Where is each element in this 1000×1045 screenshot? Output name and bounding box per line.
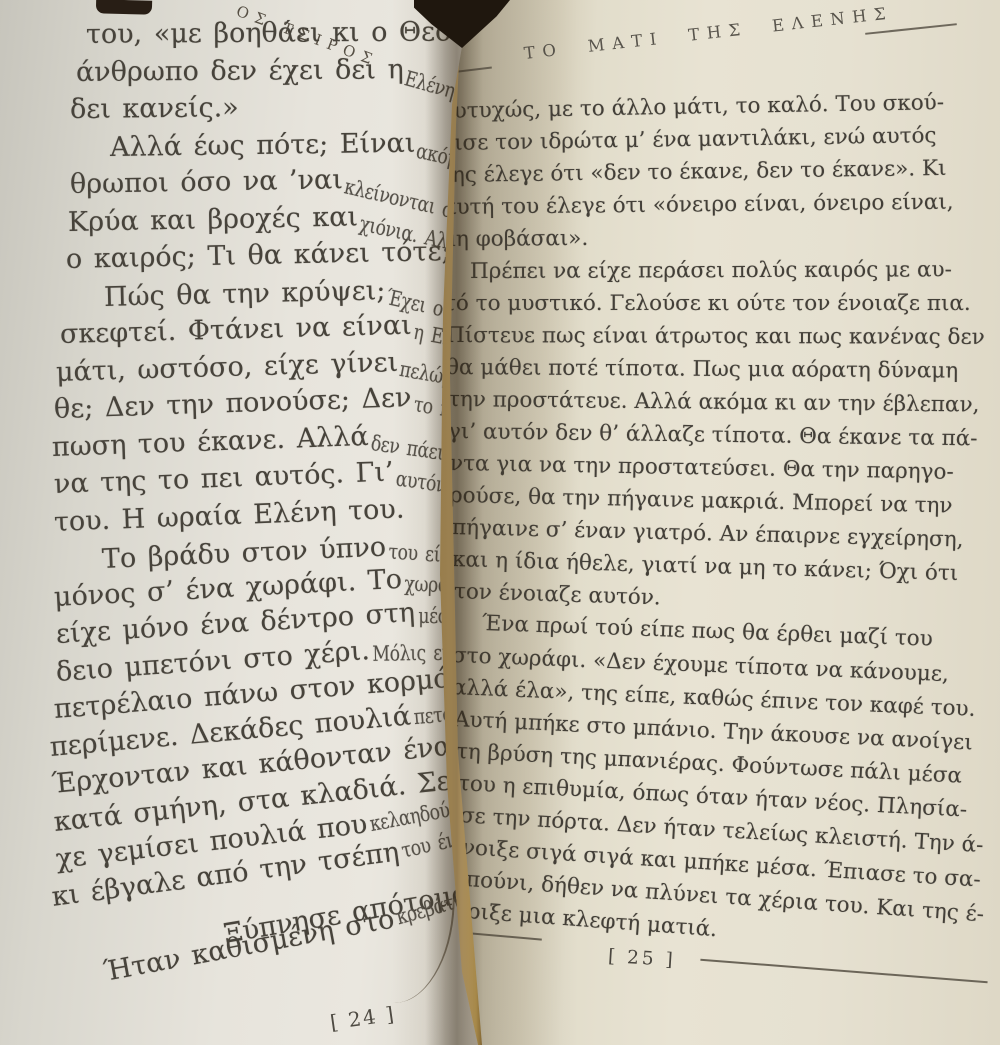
line-main: ο καιρός; Τι θα κάνει τότε; [66, 236, 451, 275]
text-line: άνθρωπο δεν έχει δει ηΕλένη, κ [76, 49, 482, 91]
text-line: Πίστευε πως είναι άτρωτος και πως κανένα… [446, 320, 997, 354]
line-main: Αλλά έως πότε; Είναι [110, 127, 416, 162]
line-main: θρωποι όσο να ’ναι [70, 164, 343, 200]
text-line: αυτή του έλεγε ότι «όνειρο είναι, όνειρο… [442, 186, 997, 224]
right-page-text: Ευτυχώς, με το άλλο μάτι, το καλό. Του σ… [452, 96, 997, 928]
line-main: του, «με βοηθάει κι ο Θεός. [86, 16, 475, 50]
line-main: Πώς θα την κρύψει; [104, 275, 386, 313]
text-line: Πρέπει να είχε περάσει πολύς καιρός με α… [470, 254, 997, 288]
line-main: Κρύα και βροχές και [68, 201, 359, 238]
book-photo: ΤΟ ΜΑΤΙ ΤΗΣ ΕΛΕΝΗΣ Ευτυχώς, με το άλλο μ… [0, 0, 1000, 1045]
header-rule-right [865, 23, 957, 35]
line-main: άνθρωπο δεν έχει δει η [76, 54, 404, 88]
text-line: μη φοβάσαι». [442, 220, 997, 256]
page-number-left: [ 24 ] [329, 1002, 397, 1035]
left-page-text: του, «με βοηθάει κι ο Θεός.Εδώ άνθρωπο δ… [0, 16, 482, 991]
line-main: δει κανείς.» [70, 92, 239, 125]
page-number-right: [ 25 ] [607, 946, 676, 971]
left-page: ΟΣ ΤΣΙΡΟΣ του, «με βοηθάει κι ο Θεός.Εδώ… [0, 0, 482, 1045]
text-line: του, «με βοηθάει κι ο Θεός.Εδώ [86, 13, 482, 54]
text-line: δει κανείς.» [70, 86, 482, 129]
chapter-running-header: ΤΟ ΜΑΤΙ ΤΗΣ ΕΛΕΝΗΣ [523, 3, 894, 63]
text-line: θα μάθει ποτέ τίποτα. Πως μια αόρατη δύν… [446, 352, 997, 388]
text-line: τό το μυστικό. Γελούσε κι ούτε τον ένοια… [444, 288, 997, 320]
line-main: σκεφτεί. Φτάνει να είναι [60, 310, 412, 350]
backdrop-gap-top-left [96, 0, 152, 15]
right-page: ΤΟ ΜΑΤΙ ΤΗΣ ΕΛΕΝΗΣ Ευτυχώς, με το άλλο μ… [428, 0, 1000, 1045]
text-line: της έλεγε ότι «δεν το έκανε, δεν το έκαν… [440, 152, 997, 192]
text-line: την προστάτευε. Αλλά ακόμα κι αν την έβλ… [448, 384, 997, 422]
